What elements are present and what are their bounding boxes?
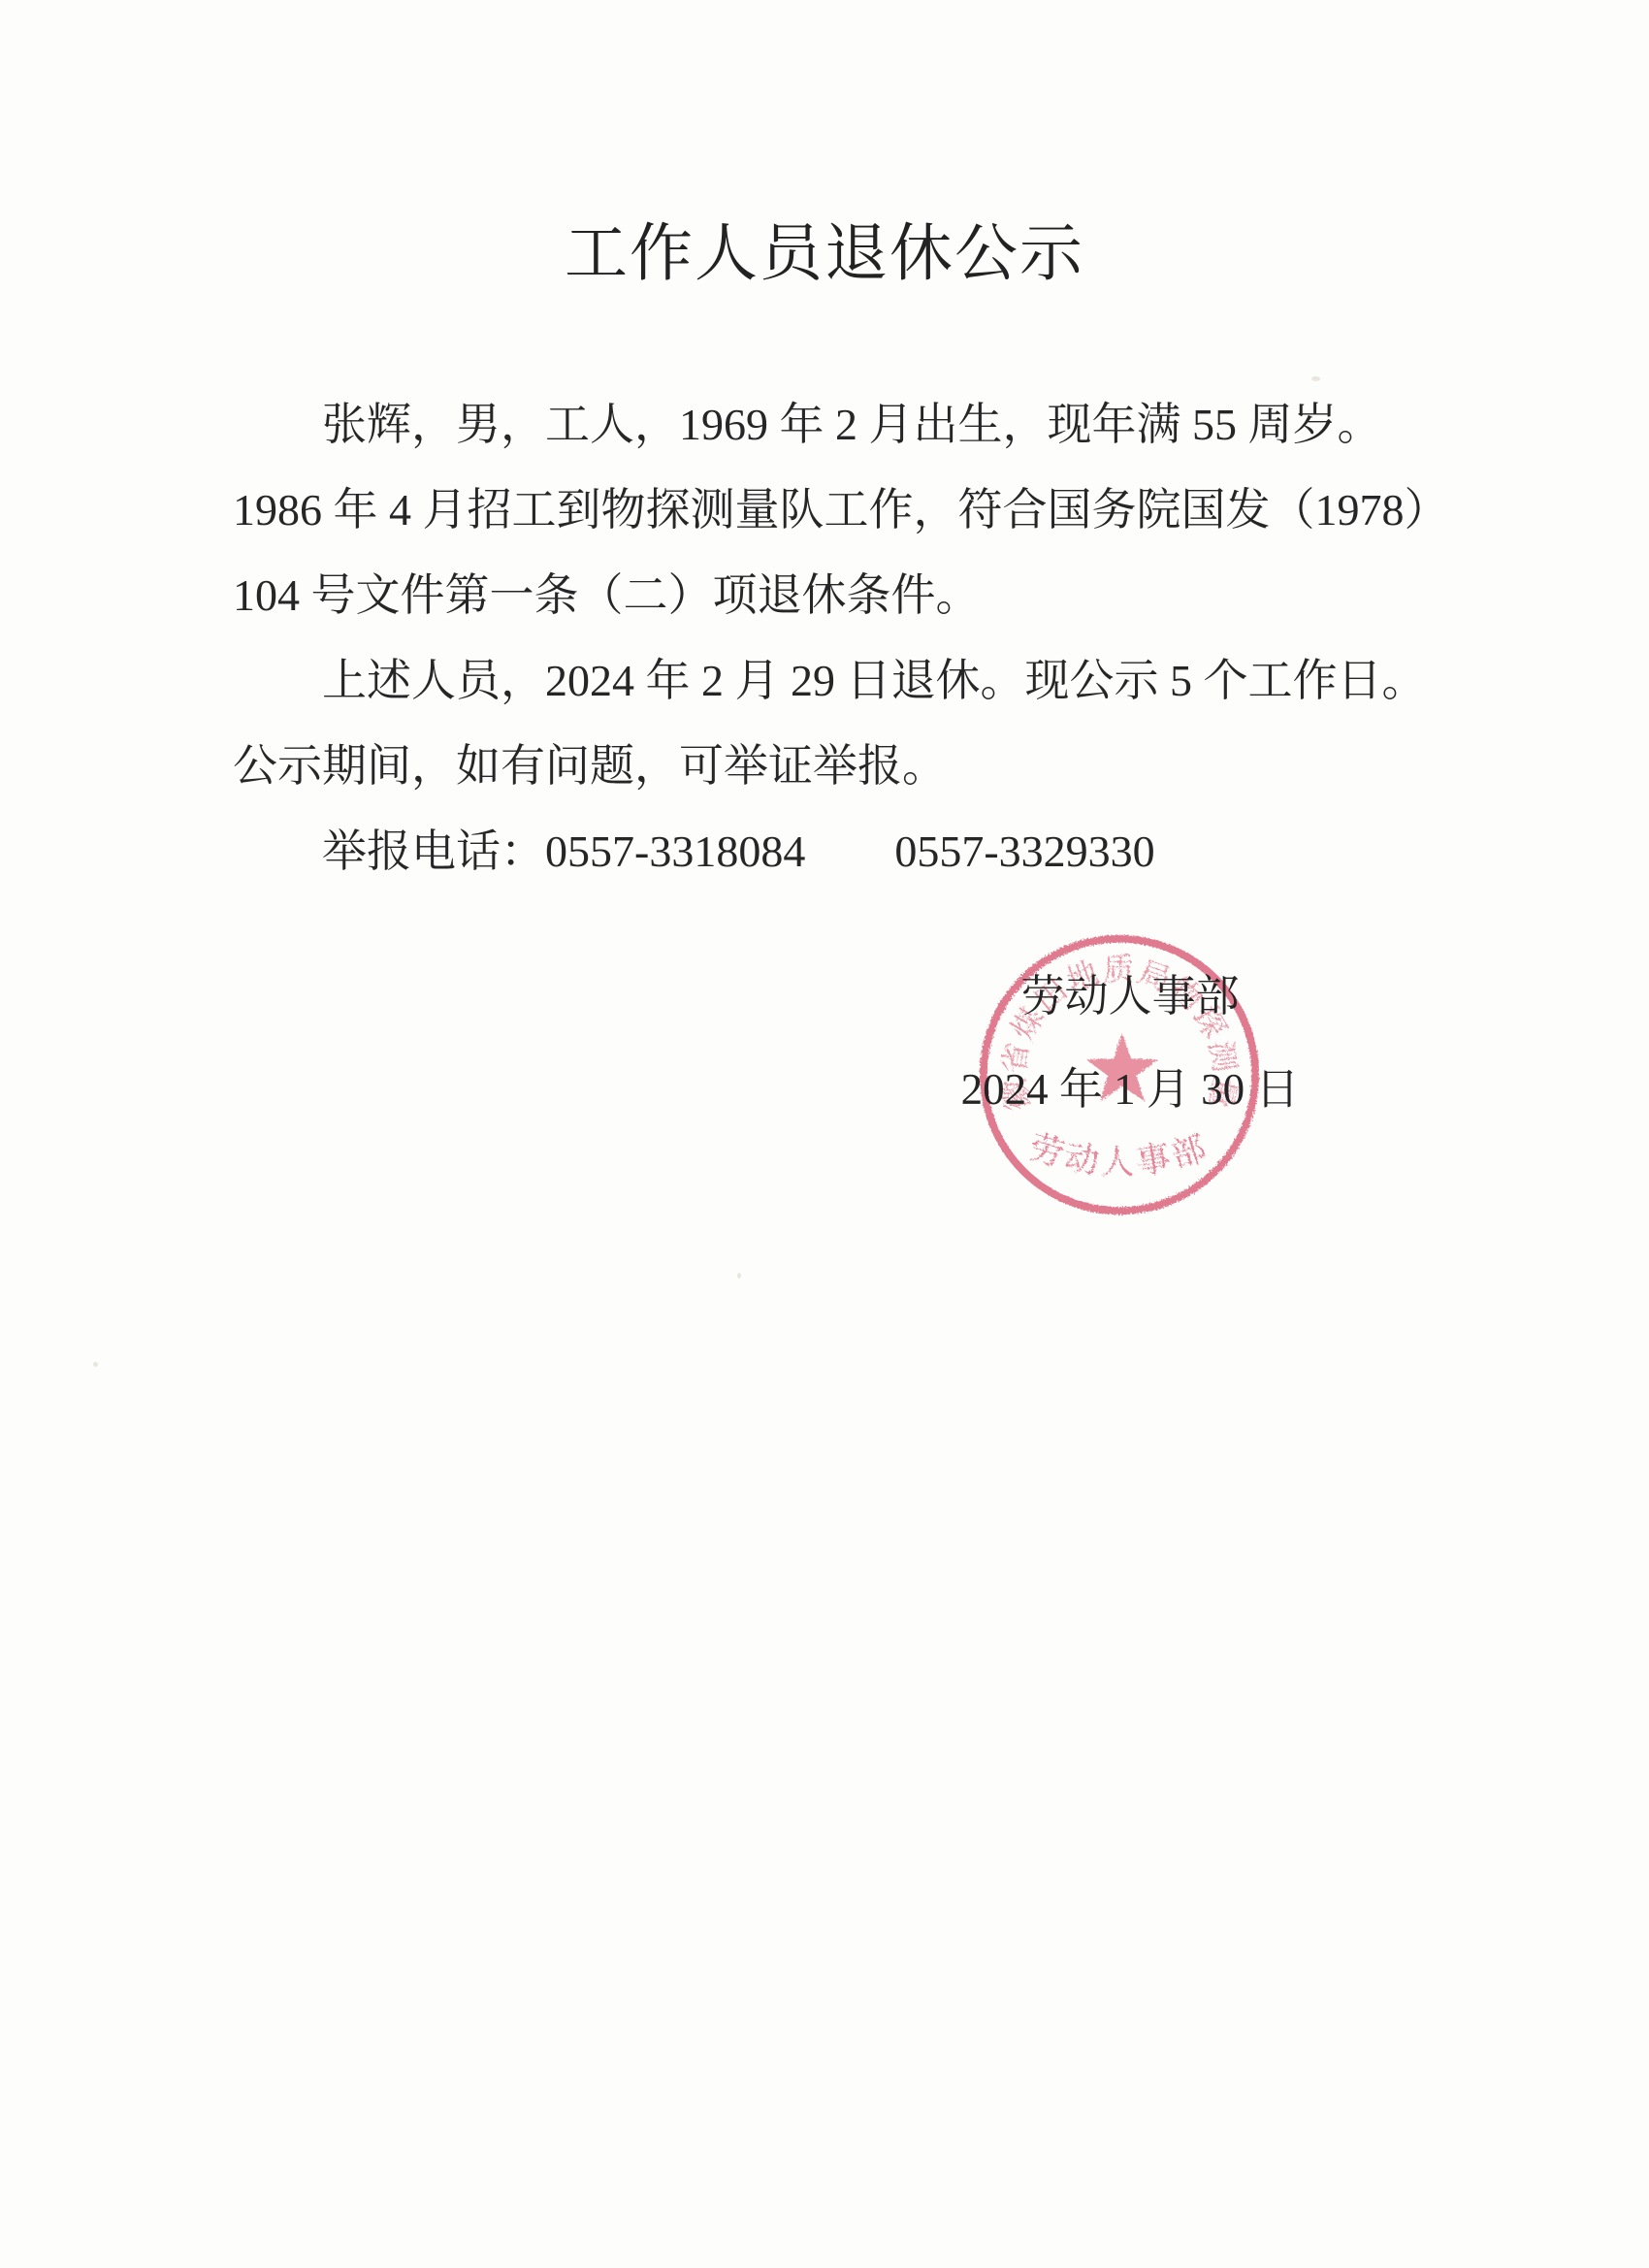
seal-banner-text: 劳动人事部	[1024, 1128, 1213, 1182]
body-line-1: 张辉，男，工人，1969 年 2 月出生，现年满 55 周岁。	[233, 382, 1364, 468]
scan-speck	[1311, 376, 1320, 381]
body-line-5: 公示期间，如有问题，可举证举报。	[233, 724, 1364, 809]
signature-date: 2024 年 1 月 30 日	[936, 1053, 1324, 1117]
document-page: 工作人员退休公示 张辉，男，工人，1969 年 2 月出生，现年满 55 周岁。…	[0, 0, 1649, 2268]
scan-speck	[93, 1362, 98, 1367]
document-title: 工作人员退休公示	[0, 202, 1649, 293]
body-line-2: 1986 年 4 月招工到物探测量队工作，符合国务院国发（1978）	[233, 468, 1364, 553]
body-line-6: 举报电话：0557-3318084 0557-3329330	[233, 809, 1364, 894]
body-line-4: 上述人员，2024 年 2 月 29 日退休。现公示 5 个工作日。	[233, 638, 1364, 724]
svg-text:劳动人事部: 劳动人事部	[1024, 1128, 1213, 1182]
body-line-3: 104 号文件第一条（二）项退休条件。	[233, 553, 1364, 638]
document-body: 张辉，男，工人，1969 年 2 月出生，现年满 55 周岁。 1986 年 4…	[233, 382, 1364, 894]
scan-speck	[737, 1273, 741, 1279]
signature-department: 劳动人事部	[1009, 960, 1251, 1023]
